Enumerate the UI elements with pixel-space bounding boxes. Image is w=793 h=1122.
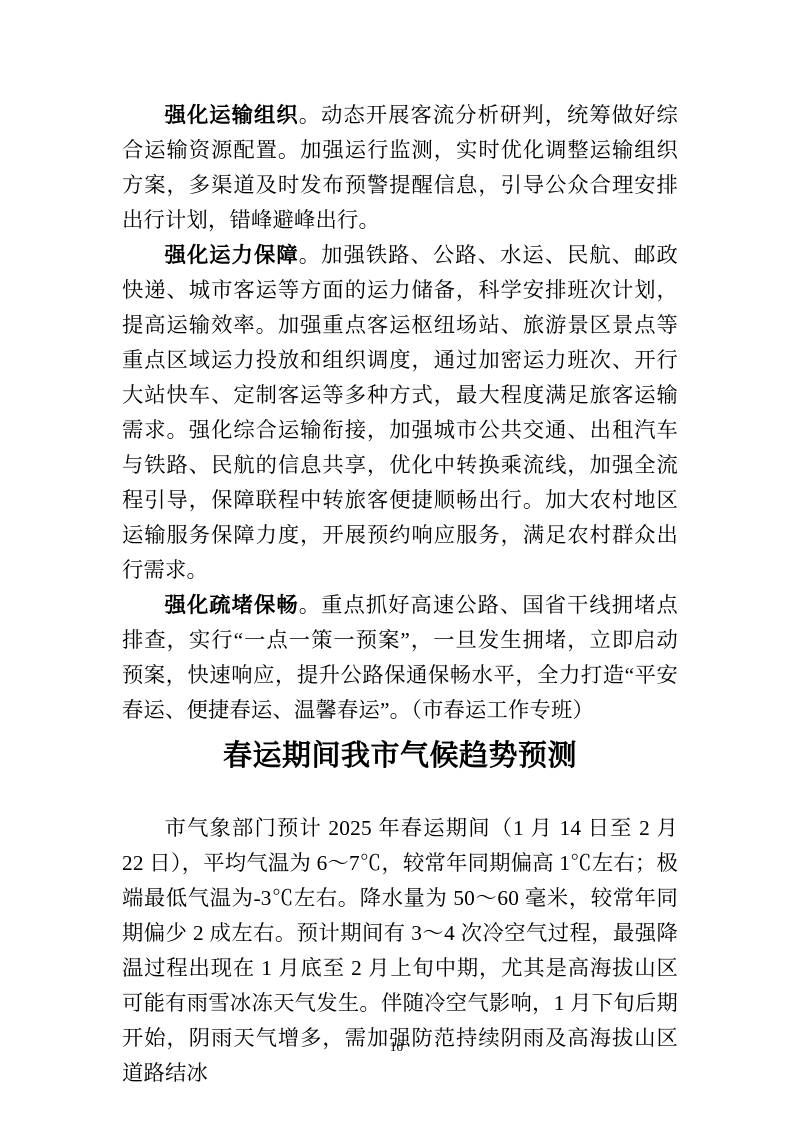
paragraph-congestion-relief: 强化疏堵保畅。重点抓好高速公路、国省干线拥堵点排查，实行“一点一策一预案”，一旦… [122, 588, 678, 728]
paragraph-lead-bold: 强化疏堵保畅 [165, 593, 299, 617]
paragraph-lead-separator: 。 [299, 593, 321, 617]
document-page: 强化运输组织。动态开展客流分析研判，统筹做好综合运输资源配置。加强运行监测，实时… [0, 0, 793, 1122]
paragraph-body-text: 加强铁路、公路、水运、民航、邮政快递、城市客运等方面的运力储备，科学安排班次计划… [122, 243, 678, 582]
page-number: 10 [0, 1039, 793, 1055]
paragraph-lead-bold: 强化运输组织 [165, 103, 299, 127]
section-heading: 春运期间我市气候趋势预测 [122, 734, 678, 778]
document-content: 强化运输组织。动态开展客流分析研判，统筹做好综合运输资源配置。加强运行监测，实时… [122, 98, 678, 1091]
paragraph-lead-bold: 强化运力保障 [165, 243, 299, 267]
paragraph-lead-separator: 。 [299, 243, 321, 267]
paragraph-attribution: （市春运工作专班） [411, 698, 594, 722]
paragraph-lead-separator: 。 [299, 103, 321, 127]
paragraph-capacity-support: 强化运力保障。加强铁路、公路、水运、民航、邮政快递、城市客运等方面的运力储备，科… [122, 238, 678, 588]
paragraph-transport-organization: 强化运输组织。动态开展客流分析研判，统筹做好综合运输资源配置。加强运行监测，实时… [122, 98, 678, 238]
